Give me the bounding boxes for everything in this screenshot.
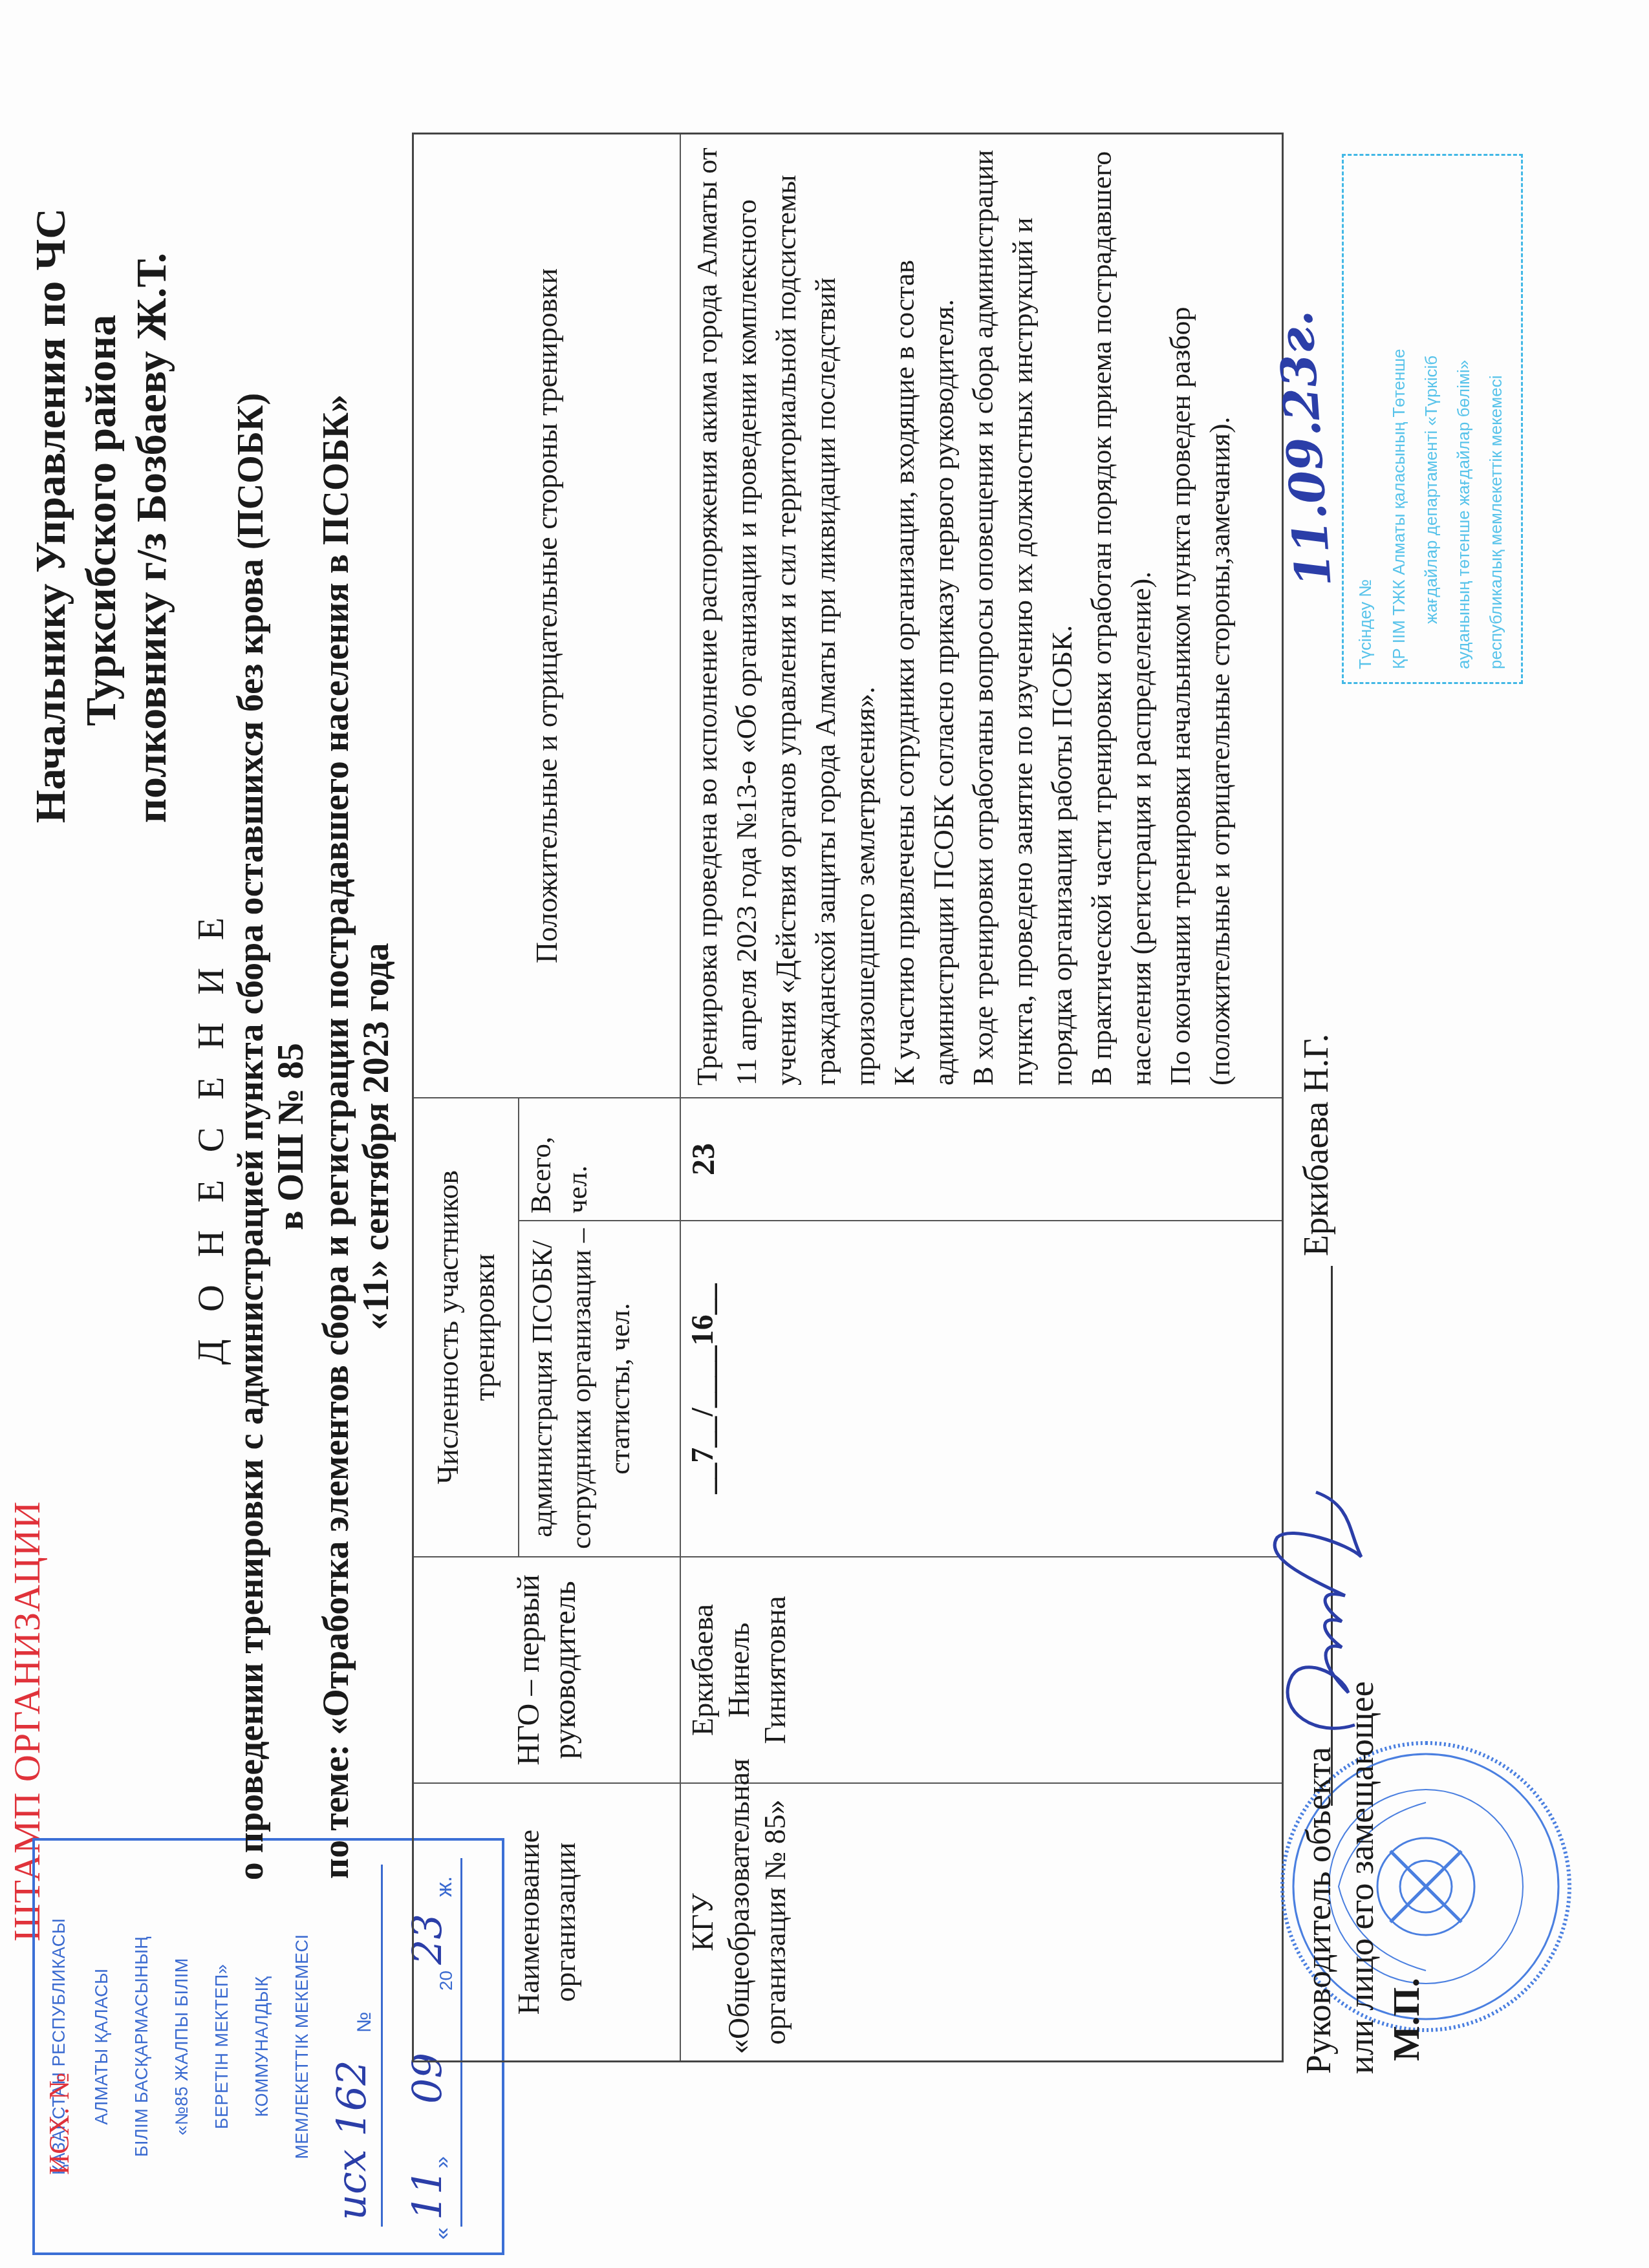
document-title: Д О Н Е С Е Н И Е о проведении тренировк… [191,199,396,2074]
cell-aspects: Тренировка проведена во исполнение распо… [681,134,1282,1097]
addressee-block: Начальнику Управления по ЧС Турксибского… [26,177,177,823]
stamp-number-handwritten: исх 162 [328,2060,375,2220]
handwritten-signature-icon [1238,1440,1394,1751]
title-subject: о проведении тренировки с администрацией… [231,199,271,2074]
incoming-registration-stamp: Түсіндеу № ҚР ІІМ ТЖК Алматы қаласының Т… [1342,154,1523,684]
stamp-line: БІЛІМ БАСҚАРМАСЫНЫҢ [132,1841,152,2252]
header-label: НГО – первый руководитель [511,1564,583,1776]
signature-role: Руководитель объекта [1298,1747,1339,2074]
cell-org-name: КГУ «Общеобразовательная организация № 8… [681,1782,1282,2060]
header-aspects: Положительные и отрицательные стороны тр… [414,134,681,1097]
header-label: администрация ПСОБК/сотрудники организац… [526,1228,636,1549]
cell-text: 23 [685,1143,721,1175]
title-topic: по теме: «Отработка элементов сбора и ре… [316,199,356,2074]
cell-text: __7__/____16__ [685,1283,720,1493]
title-date: «11» сентября 2023 года [356,199,396,2074]
aspects-paragraph: Тренировка проведена во исполнение распо… [687,146,885,1086]
title-heading: Д О Н Е С Е Н И Е [191,199,231,2074]
incoming-stamp-line: Түсіндеу № [1355,579,1375,669]
header-total: Всего, чел. [519,1097,681,1220]
cell-text: Еркибаева Нинель Гиниятовна [686,1596,792,1744]
header-admin: администрация ПСОБК/сотрудники организац… [519,1220,681,1556]
report-table: Наименование организации НГО – первый ру… [412,133,1284,2062]
addressee-line: Турксибского района [76,177,127,823]
header-ngo: НГО – первый руководитель [414,1556,681,1782]
aspects-paragraph: К участию привлечены сотрудники организа… [885,146,964,1086]
header-label: Численность участников тренировки [430,1105,502,1550]
header-participants-group: Численность участников тренировки [414,1097,519,1556]
stamp-line: АЛМАТЫ ҚАЛАСЫ [92,1841,112,2252]
aspects-paragraph: По окончании тренировки начальником пунк… [1161,146,1240,1086]
aspects-paragraph: В ходе тренировки отработаны вопросы опо… [964,146,1082,1086]
incoming-stamp-line: жағдайлар департаменті «Түркісіб [1421,356,1441,624]
stamp-outgoing-label: ИСХ. № [43,2072,76,2175]
incoming-stamp-line: республикалық мемлекеттік мекемесі [1486,376,1506,669]
cell-ngo: Еркибаева Нинель Гиниятовна [681,1556,1282,1782]
document-page: Начальнику Управления по ЧС Турксибского… [0,0,1649,2268]
cell-admin-count: __7__/____16__ [681,1220,1282,1556]
incoming-stamp-line: ауданының төтенше жағдайлар бөлімі» [1454,360,1474,669]
incoming-stamp-line: ҚР ІІМ ТЖК Алматы қаласының Төтенше [1389,348,1409,669]
header-org-name: Наименование организации [414,1782,681,2060]
seal-place-label: М.П. [1386,1978,1427,2061]
stamp-line: «№85 ЖАЛПЫ БІЛІМ [172,1841,192,2252]
addressee-line: полковнику г/з Бозбаеву Ж.Т. [127,177,177,823]
addressee-line: Начальнику Управления по ЧС [26,177,76,823]
cell-text: КГУ «Общеобразовательная организация № 8… [686,1759,792,2054]
cell-total: 23 [681,1097,1282,1220]
stamp-date-day: 11 [404,2169,451,2220]
aspects-paragraph: В практической части тренировки отработа… [1082,146,1161,1086]
header-label: Положительные и отрицательные стороны тр… [529,268,565,963]
header-label: Всего, чел. [525,1137,593,1214]
title-location: в ОШ № 85 [271,199,311,2074]
header-label: Наименование организации [511,1790,583,2054]
stamp-line: ҚАЗАҚСТАН РЕСПУБЛИКАСЫ [49,1841,69,2252]
signatory-name: Еркибаева Н.Г. [1295,1034,1337,1256]
